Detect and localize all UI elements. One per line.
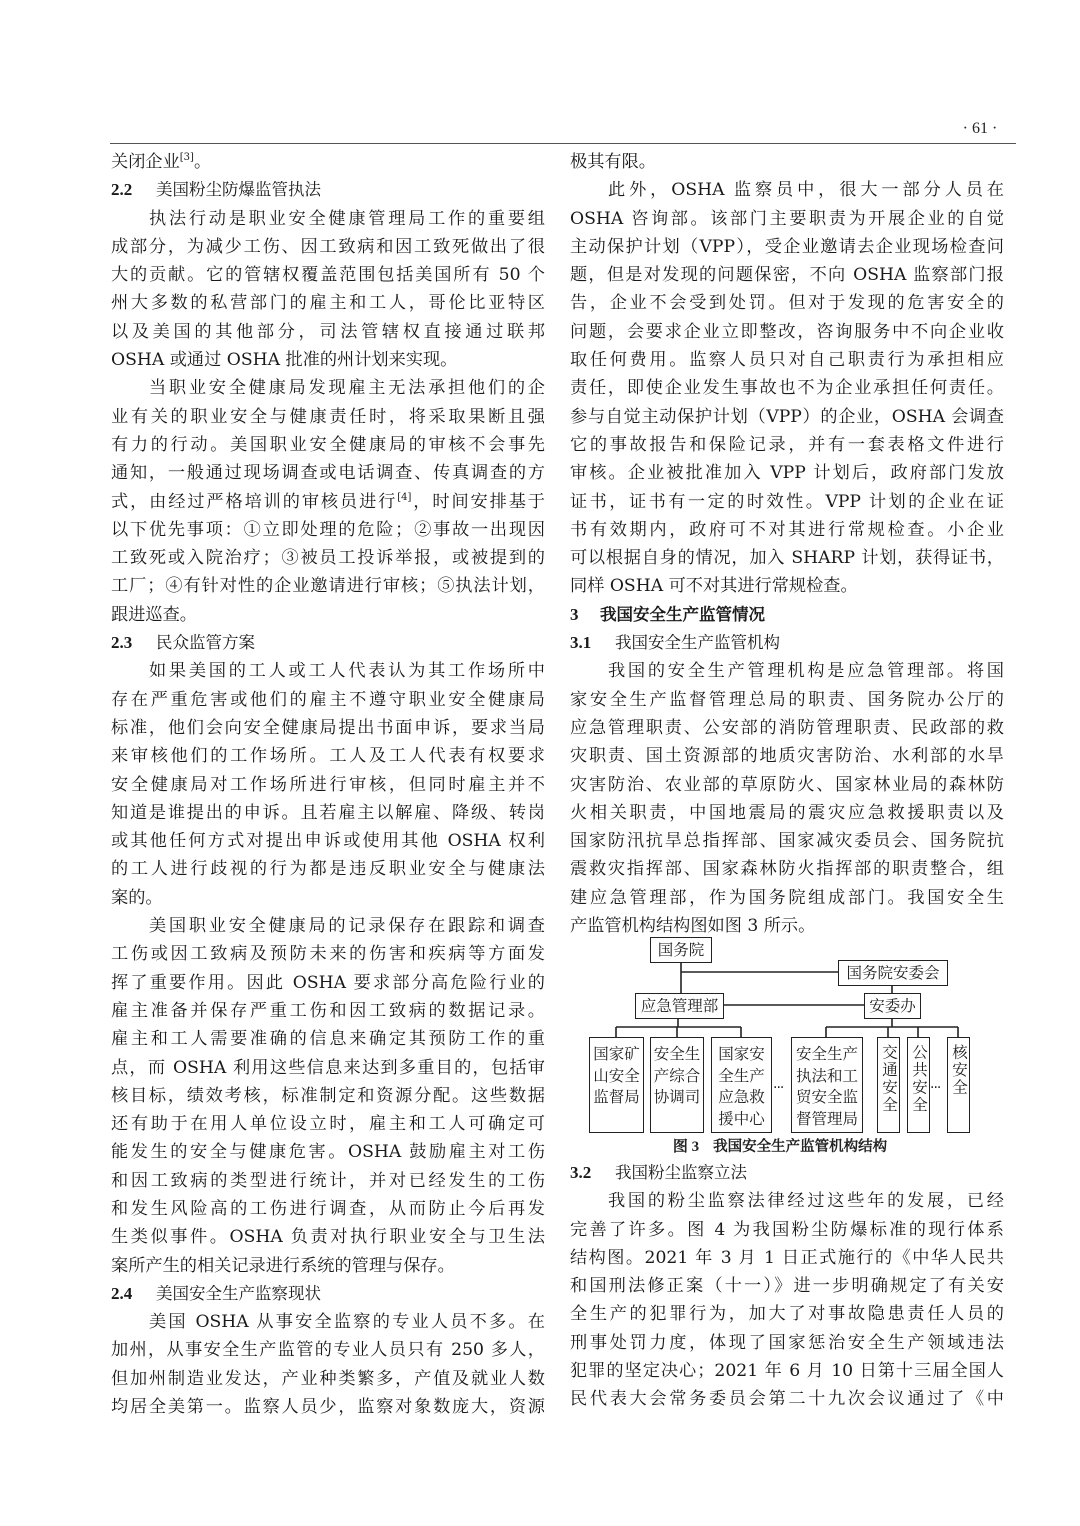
- text-line: 国家防汛抗旱总指挥部、国家减灾委员会、国务院抗: [570, 827, 1004, 855]
- node-enforcement-bureau: 安全生产执法和工贸安全监督管理局: [791, 1037, 863, 1133]
- text-content: 美国职业安全健康局的记录保存在跟踪和调查: [149, 916, 545, 936]
- node-safety-committee-office: 安委办: [864, 993, 921, 1019]
- text-content: 证书，证书有一定的时效性。VPP 计划的企业在证: [570, 492, 1004, 512]
- text-content: OSHA 或通过 OSHA 批准的州计划来实现。: [111, 350, 457, 370]
- text-line: 能发生的安全与健康危害。OSHA 鼓励雇主对工伤: [111, 1138, 545, 1166]
- node-text-line: 督管理局: [796, 1110, 858, 1128]
- text-content: 我国的粉尘监察法律经过这些年的发展，已经: [608, 1191, 1004, 1211]
- section-number: 2.3: [111, 629, 156, 657]
- section-number: 3.2: [570, 1159, 615, 1187]
- section-number: 3.1: [570, 629, 615, 657]
- text-content: 书有效期内，政府可不对其进行常规检查。小企业: [570, 520, 1004, 540]
- text-line: 业有关的职业安全与健康责任时，将采取果断且强: [111, 403, 545, 431]
- text-content: 责任，即使企业发生事故也不为企业承担任何责任。: [570, 378, 1004, 398]
- node-text-line: 安全生产: [796, 1045, 858, 1063]
- text-content: 和因工致病的类型进行统计，并对已经发生的工伤: [111, 1171, 545, 1191]
- text-content: 和发生风险高的工伤进行调查，从而防止今后再发: [111, 1199, 545, 1219]
- text-content: 雇主和工人需要准确的信息来确定其预防工作的重: [111, 1029, 545, 1049]
- left-column: 关闭企业[3]。2.2美国粉尘防爆监管执法执法行动是职业安全健康管理局工作的重要…: [111, 148, 545, 1421]
- text-content: 主动保护计划（VPP），受企业邀请去企业现场检查问: [570, 237, 1004, 257]
- text-content: 全生产的犯罪行为，加大了对事故隐患责任人员的: [570, 1304, 1004, 1324]
- text-line: 建应急管理部，作为国务院组成部门。我国安全生: [570, 884, 1004, 912]
- text-content: 核目标，绩效考核，标准制定和资源分配。这些数据: [111, 1086, 545, 1106]
- text-content: 刑事处罚力度，体现了国家惩治安全生产领域违法: [570, 1333, 1004, 1353]
- node-state-council-safety-committee: 国务院安委会: [838, 960, 948, 986]
- text-content: 题，但是对发现的问题保密，不向 OSHA 监察部门报: [570, 265, 1004, 285]
- section-number: 2.4: [111, 1280, 156, 1308]
- section-title: 我国粉尘监察立法: [615, 1163, 747, 1182]
- text-content: 挥了重要作用。因此 OSHA 要求部分高危险行业的: [111, 973, 545, 993]
- text-tail: 。: [194, 152, 211, 172]
- text-line: 它的事故报告和保险记录，并有一套表格文件进行: [570, 431, 1004, 459]
- text-content: 犯罪的坚定决心；2021 年 6 月 10 日第十三届全国人: [570, 1361, 1004, 1381]
- text-line: 知道是谁提出的申诉。且若雇主以解雇、降级、转岗: [111, 799, 545, 827]
- text-line: 执法行动是职业安全健康管理局工作的重要组: [111, 205, 545, 233]
- text-content: 工致死或入院治疗；③被员工投诉举报，或被提到的: [111, 548, 545, 568]
- text-content: 家安全生产监督管理总局的职责、国务院办公厅的: [570, 690, 1004, 710]
- section-heading: 2.2美国粉尘防爆监管执法: [111, 176, 545, 204]
- text-line: 责任，即使企业发生事故也不为企业承担任何责任。: [570, 374, 1004, 402]
- text-content: 灾职责、国土资源部的地质灾害防治、水利部的水旱: [570, 746, 1004, 766]
- text-content: 结构图。2021 年 3 月 1 日正式施行的《中华人民共: [570, 1248, 1004, 1268]
- node-text-line: 援中心: [718, 1110, 765, 1128]
- text-line: 和因工致病的类型进行统计，并对已经发生的工伤: [111, 1167, 545, 1195]
- text-line: 取任何费用。监察人员只对自己职责行为承担相应: [570, 346, 1004, 374]
- citation-ref: [3]: [180, 152, 194, 163]
- text-content: 告，企业不会受到处罚。但对于发现的危害安全的: [570, 293, 1004, 313]
- text-content: 取任何费用。监察人员只对自己职责行为承担相应: [570, 350, 1004, 370]
- text-content: 和国刑法修正案（十一）》进一步明确规定了有关安: [570, 1276, 1004, 1296]
- text-line: 美国 OSHA 从事安全监察的专业人员不多。在: [111, 1308, 545, 1336]
- text-line: 案的。: [111, 884, 545, 912]
- text-line: 安全健康局对工作场所进行审核，但同时雇主并不: [111, 771, 545, 799]
- text-content: 知道是谁提出的申诉。且若雇主以解雇、降级、转岗: [111, 803, 545, 823]
- section-heading: 2.3民众监管方案: [111, 629, 545, 657]
- text-line: 标准，他们会向安全健康局提出书面申诉，要求当局: [111, 714, 545, 742]
- text-line: 还有助于在用人单位设立时，雇主和工人可确定可: [111, 1110, 545, 1138]
- text-line: 点，而 OSHA 利用这些信息来达到多重目的，包括审: [111, 1054, 545, 1082]
- text-line: 以及美国的其他部分，司法管辖权直接通过联邦: [111, 318, 545, 346]
- section-heading: 3我国安全生产监管情况: [570, 601, 1004, 629]
- text-line: 此外，OSHA 监察员中，很大一部分人员在: [570, 176, 1004, 204]
- text-line: 应急管理职责、公安部的消防管理职责、民政部的救: [570, 714, 1004, 742]
- figure-3-caption: 图 3我国安全生产监管机构结构: [580, 1135, 980, 1156]
- text-line: 我国的粉尘监察法律经过这些年的发展，已经: [570, 1187, 1004, 1215]
- text-line: 如果美国的工人或工人代表认为其工作场所中: [111, 657, 545, 685]
- text-line: 当职业安全健康局发现雇主无法承担他们的企: [111, 374, 545, 402]
- text-content: 业有关的职业安全与健康责任时，将采取果断且强: [111, 407, 545, 427]
- text-line: 极其有限。: [570, 148, 1004, 176]
- text-content: 它的事故报告和保险记录，并有一套表格文件进行: [570, 435, 1004, 455]
- text-line: 可以根据自身的情况，加入 SHARP 计划，获得证书，: [570, 544, 1004, 572]
- section-title: 我国安全生产监管情况: [600, 605, 765, 624]
- text-content: 美国 OSHA 从事安全监察的专业人员不多。在: [149, 1312, 545, 1332]
- text-line: 州大多数的私营部门的雇主和工人，哥伦比亚特区: [111, 289, 545, 317]
- text-line: 主动保护计划（VPP），受企业邀请去企业现场检查问: [570, 233, 1004, 261]
- section-heading: 3.2我国粉尘监察立法: [570, 1159, 1004, 1187]
- text-content: OSHA 咨询部。该部门主要职责为开展企业的自觉: [570, 209, 1004, 229]
- text-content: 成部分，为减少工伤、因工致病和因工致死做出了很: [111, 237, 545, 257]
- text-content: 案所产生的相关记录进行系统的管理与保存。: [111, 1256, 455, 1276]
- text-content: 以下优先事项：①立即处理的危险；②事故一出现因: [111, 520, 545, 540]
- section-title: 美国粉尘防爆监管执法: [156, 180, 321, 199]
- node-coordination-department: 安全生产综合协调司: [650, 1037, 704, 1133]
- node-state-council: 国务院: [650, 937, 712, 963]
- text-content: 执法行动是职业安全健康管理局工作的重要组: [149, 209, 545, 229]
- text-content: 国家防汛抗旱总指挥部、国家减灾委员会、国务院抗: [570, 831, 1004, 851]
- text-content: 雇主准备并保存严重工伤和因工致病的数据记录。: [111, 1001, 545, 1021]
- text-content: 此外，OSHA 监察员中，很大一部分人员在: [608, 180, 1004, 200]
- text-content: 完善了许多。图 4 为我国粉尘防爆标准的现行体系: [570, 1220, 1004, 1240]
- text-content: 应急管理职责、公安部的消防管理职责、民政部的救: [570, 718, 1004, 738]
- text-line: 审核。企业被批准加入 VPP 计划后，政府部门发放: [570, 459, 1004, 487]
- text-content: 但加州制造业发达，产业种类繁多，产值及就业人数: [111, 1369, 545, 1389]
- text-line: 生类似事件。OSHA 负责对执行职业安全与卫生法: [111, 1223, 545, 1251]
- text-line: 跟进巡查。: [111, 601, 545, 629]
- text-content: 当职业安全健康局发现雇主无法承担他们的企: [149, 378, 545, 398]
- text-content: 灾害防治、农业部的草原防火、国家林业局的森林防: [570, 775, 1004, 795]
- text-line: 成部分，为减少工伤、因工致病和因工致死做出了很: [111, 233, 545, 261]
- text-line: 的工人进行歧视的行为都是违反职业安全与健康法: [111, 855, 545, 883]
- text-line: 通知，一般通过现场调查或电话调查、传真调查的方: [111, 459, 545, 487]
- text-content: 有力的行动。美国职业安全健康局的审核不会事先: [111, 435, 545, 455]
- node-text-line: 国家矿: [593, 1045, 640, 1063]
- node-rescue-center: 国家安全生产应急救援中心: [711, 1037, 772, 1133]
- text-content: 来审核他们的工作场所。工人及工人代表有权要求: [111, 746, 545, 766]
- node-nuclear-safety: 核安全: [947, 1037, 970, 1133]
- text-content: 州大多数的私营部门的雇主和工人，哥伦比亚特区: [111, 293, 545, 313]
- text-line: 犯罪的坚定决心；2021 年 6 月 10 日第十三届全国人: [570, 1357, 1004, 1385]
- text-line: 工伤或因工致病及预防未来的伤害和疾病等方面发: [111, 940, 545, 968]
- text-line: 来审核他们的工作场所。工人及工人代表有权要求: [111, 742, 545, 770]
- node-public-safety: 公共安全: [907, 1037, 930, 1133]
- text-content: 加州，从事安全生产监管的专业人员只有 250 多人，: [111, 1340, 545, 1360]
- text-content: 跟进巡查。: [111, 605, 197, 625]
- text-line: OSHA 咨询部。该部门主要职责为开展企业的自觉: [570, 205, 1004, 233]
- text-line: 书有效期内，政府可不对其进行常规检查。小企业: [570, 516, 1004, 544]
- section-title: 美国安全生产监察现状: [156, 1284, 321, 1303]
- text-content: 以及美国的其他部分，司法管辖权直接通过联邦: [111, 322, 545, 342]
- text-line: 结构图。2021 年 3 月 1 日正式施行的《中华人民共: [570, 1244, 1004, 1272]
- text-content: 可以根据自身的情况，加入 SHARP 计划，获得证书，: [570, 548, 1004, 568]
- figure-number: 图 3: [673, 1139, 699, 1155]
- text-line: 灾职责、国土资源部的地质灾害防治、水利部的水旱: [570, 742, 1004, 770]
- text-line: 和国刑法修正案（十一）》进一步明确规定了有关安: [570, 1272, 1004, 1300]
- text-content: 生类似事件。OSHA 负责对执行职业安全与卫生法: [111, 1227, 545, 1247]
- text-line: 灾害防治、农业部的草原防火、国家林业局的森林防: [570, 771, 1004, 799]
- node-text-line: 执法和工: [796, 1067, 858, 1085]
- text-content: 极其有限。: [570, 152, 656, 172]
- text-content: 问题，会要求企业立即整改，咨询服务中不向企业收: [570, 322, 1004, 342]
- text-line: 加州，从事安全生产监管的专业人员只有 250 多人，: [111, 1336, 545, 1364]
- node-text-line: 全生产: [718, 1067, 765, 1085]
- text-tail: ，时间安排基于: [411, 492, 545, 512]
- text-content: 能发生的安全与健康危害。OSHA 鼓励雇主对工伤: [111, 1142, 545, 1162]
- text-line: 问题，会要求企业立即整改，咨询服务中不向企业收: [570, 318, 1004, 346]
- right-column-bottom: 3.2我国粉尘监察立法我国的粉尘监察法律经过这些年的发展，已经完善了许多。图 4…: [570, 1159, 1004, 1414]
- section-number: 3: [570, 601, 600, 629]
- text-content: 火相关职责，中国地震局的震灾应急救援职责以及: [570, 803, 1004, 823]
- text-line: 存在严重危害或他们的雇主不遵守职业安全健康局: [111, 686, 545, 714]
- text-line: 以下优先事项：①立即处理的危险；②事故一出现因: [111, 516, 545, 544]
- text-line: 案所产生的相关记录进行系统的管理与保存。: [111, 1252, 545, 1280]
- figure-title: 我国安全生产监管机构结构: [713, 1139, 887, 1155]
- node-text-line: 国家安: [718, 1045, 765, 1063]
- text-content: 安全健康局对工作场所进行审核，但同时雇主并不: [111, 775, 545, 795]
- node-text-line: 山安全: [593, 1067, 640, 1085]
- section-number: 2.2: [111, 176, 156, 204]
- header-rule: [110, 143, 1016, 144]
- text-line: 刑事处罚力度，体现了国家惩治安全生产领域违法: [570, 1329, 1004, 1357]
- text-content: 建应急管理部，作为国务院组成部门。我国安全生: [570, 888, 1004, 908]
- text-content: 点，而 OSHA 利用这些信息来达到多重目的，包括审: [111, 1058, 545, 1078]
- page-number: · 61 ·: [940, 120, 1020, 138]
- text-line: 但加州制造业发达，产业种类繁多，产值及就业人数: [111, 1365, 545, 1393]
- text-content: 震救灾指挥部、国家森林防火指挥部的职责整合，组: [570, 859, 1004, 879]
- text-content: 的工人进行歧视的行为都是违反职业安全与健康法: [111, 859, 545, 879]
- text-line: 证书，证书有一定的时效性。VPP 计划的企业在证: [570, 488, 1004, 516]
- text-line: 震救灾指挥部、国家森林防火指挥部的职责整合，组: [570, 855, 1004, 883]
- text-content: 如果美国的工人或工人代表认为其工作场所中: [149, 661, 545, 681]
- text-content: 关闭企业: [111, 152, 180, 172]
- text-line: 美国职业安全健康局的记录保存在跟踪和调查: [111, 912, 545, 940]
- node-text-line: 产综合: [654, 1067, 701, 1085]
- text-content: 还有助于在用人单位设立时，雇主和工人可确定可: [111, 1114, 545, 1134]
- text-content: 民代表大会常务委员会第二十九次会议通过了《中: [570, 1389, 1004, 1409]
- text-content: 审核。企业被批准加入 VPP 计划后，政府部门发放: [570, 463, 1004, 483]
- text-content: 案的。: [111, 888, 163, 908]
- ellipsis-left: ···: [773, 1080, 783, 1096]
- node-traffic-safety: 交通安全: [877, 1037, 900, 1133]
- text-line: 完善了许多。图 4 为我国粉尘防爆标准的现行体系: [570, 1216, 1004, 1244]
- node-mine-safety-bureau: 国家矿山安全监督局: [589, 1037, 644, 1133]
- text-line: 关闭企业[3]。: [111, 148, 545, 176]
- text-line: OSHA 或通过 OSHA 批准的州计划来实现。: [111, 346, 545, 374]
- figure-3-org-chart: 国务院 国务院安委会 应急管理部 安委办 国家矿山安全监督局 安全生产综合协调司…: [580, 930, 980, 1160]
- node-text-line: 协调司: [654, 1088, 701, 1106]
- text-content: 我国的安全生产管理机构是应急管理部。将国: [608, 661, 1004, 681]
- text-line: 均居全美第一。监察人员少，监察对象数庞大，资源: [111, 1393, 545, 1421]
- citation-ref: [4]: [397, 492, 411, 503]
- text-content: 工厂；④有针对性的企业邀请进行审核；⑤执法计划，: [111, 576, 545, 596]
- text-content: 同样 OSHA 可不对其进行常规检查。: [570, 576, 858, 596]
- node-text-line: 贸安全监: [796, 1088, 858, 1106]
- text-line: 火相关职责，中国地震局的震灾应急救援职责以及: [570, 799, 1004, 827]
- text-line: 告，企业不会受到处罚。但对于发现的危害安全的: [570, 289, 1004, 317]
- text-line: 雇主和工人需要准确的信息来确定其预防工作的重: [111, 1025, 545, 1053]
- text-line: 核目标，绩效考核，标准制定和资源分配。这些数据: [111, 1082, 545, 1110]
- text-content: 大的贡献。它的管辖权覆盖范围包括美国所有 50 个: [111, 265, 545, 285]
- text-content: 工伤或因工致病及预防未来的伤害和疾病等方面发: [111, 944, 545, 964]
- text-line: 和发生风险高的工伤进行调查，从而防止今后再发: [111, 1195, 545, 1223]
- node-ministry-emergency-management: 应急管理部: [635, 993, 724, 1019]
- node-text-line: 监督局: [593, 1088, 640, 1106]
- text-line: 式，由经过严格培训的审核员进行[4]，时间安排基于: [111, 488, 545, 516]
- text-line: 参与自觉主动保护计划（VPP）的企业，OSHA 会调查: [570, 403, 1004, 431]
- text-line: 同样 OSHA 可不对其进行常规检查。: [570, 572, 1004, 600]
- right-column-top: 极其有限。此外，OSHA 监察员中，很大一部分人员在OSHA 咨询部。该部门主要…: [570, 148, 1004, 940]
- node-text-line: 应急救: [718, 1088, 765, 1106]
- text-line: 工厂；④有针对性的企业邀请进行审核；⑤执法计划，: [111, 572, 545, 600]
- text-content: 参与自觉主动保护计划（VPP）的企业，OSHA 会调查: [570, 407, 1004, 427]
- section-title: 我国安全生产监管机构: [615, 633, 780, 652]
- text-line: 家安全生产监督管理总局的职责、国务院办公厅的: [570, 686, 1004, 714]
- text-line: 有力的行动。美国职业安全健康局的审核不会事先: [111, 431, 545, 459]
- node-text-line: 安全生: [654, 1045, 701, 1063]
- ellipsis-right: ···: [930, 1080, 940, 1096]
- text-line: 工致死或入院治疗；③被员工投诉举报，或被提到的: [111, 544, 545, 572]
- text-line: 雇主准备并保存严重工伤和因工致病的数据记录。: [111, 997, 545, 1025]
- text-line: 大的贡献。它的管辖权覆盖范围包括美国所有 50 个: [111, 261, 545, 289]
- text-content: 存在严重危害或他们的雇主不遵守职业安全健康局: [111, 690, 545, 710]
- text-line: 或其他任何方式对提出申诉或使用其他 OSHA 权利: [111, 827, 545, 855]
- section-heading: 3.1我国安全生产监管机构: [570, 629, 1004, 657]
- text-content: 均居全美第一。监察人员少，监察对象数庞大，资源: [111, 1397, 545, 1417]
- text-content: 或其他任何方式对提出申诉或使用其他 OSHA 权利: [111, 831, 545, 851]
- text-line: 我国的安全生产管理机构是应急管理部。将国: [570, 657, 1004, 685]
- text-line: 全生产的犯罪行为，加大了对事故隐患责任人员的: [570, 1300, 1004, 1328]
- text-line: 民代表大会常务委员会第二十九次会议通过了《中: [570, 1385, 1004, 1413]
- text-content: 标准，他们会向安全健康局提出书面申诉，要求当局: [111, 718, 545, 738]
- text-content: 通知，一般通过现场调查或电话调查、传真调查的方: [111, 463, 545, 483]
- section-title: 民众监管方案: [156, 633, 255, 652]
- text-line: 挥了重要作用。因此 OSHA 要求部分高危险行业的: [111, 969, 545, 997]
- text-content: 式，由经过严格培训的审核员进行: [111, 492, 397, 512]
- text-line: 题，但是对发现的问题保密，不向 OSHA 监察部门报: [570, 261, 1004, 289]
- section-heading: 2.4美国安全生产监察现状: [111, 1280, 545, 1308]
